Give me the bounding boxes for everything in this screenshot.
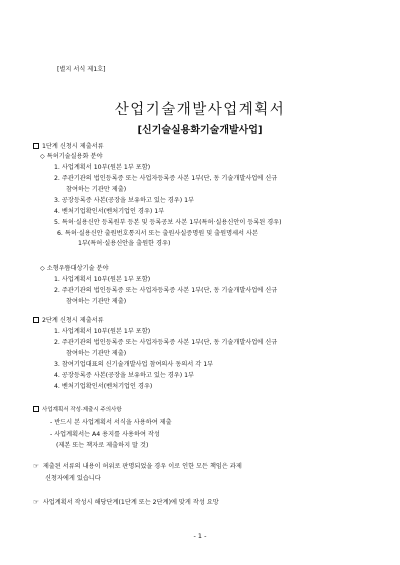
list-item: 1. 사업계획서 10부(원본 1부 포함): [54, 326, 150, 335]
page-number: - 1 -: [0, 532, 400, 540]
list-item: 참여하는 기관만 제출): [66, 184, 126, 193]
checkbox-square-icon: [33, 143, 39, 149]
pointing-hand-icon: ☞: [33, 462, 39, 470]
list-item: 3. 공장등록증 사본(공장을 보유하고 있는 경우) 1부: [54, 195, 194, 204]
stage2-heading: 2단계 신청시 제출서류: [33, 315, 104, 324]
list-item: 5. 특허·실용신안 등록원부 등본 및 등록공보 사본 1부(특허·실용신안이…: [54, 217, 282, 226]
checkbox-square-icon: [33, 406, 39, 412]
form-label: [별지 서식 제1호]: [57, 64, 106, 73]
list-item: 1. 사업계획서 10부(원본 1부 포함): [54, 274, 150, 283]
notes-heading: 사업계획서 작성·제출시 주의사항: [33, 405, 122, 413]
list-item: 6. 특허·실용신안 출원번호통지서 또는 출원사실증명원 및 출원명세서 사본: [57, 228, 258, 237]
diamond-bullet-icon: ◇: [40, 153, 47, 160]
warning-2: ☞사업계획서 작성시 해당단계(1단계 또는 2단계)에 맞게 작성 요망: [33, 497, 219, 506]
list-item: 1부(특허·실용신안을 출원한 경우): [78, 238, 170, 247]
warning-1-continued: 신청자에게 있습니다: [45, 473, 101, 482]
pointing-hand-icon: ☞: [33, 498, 39, 506]
list-item: (제본 또는 책자로 제출하지 말 것): [56, 440, 148, 449]
stage1-heading: 1단계 신청시 제출서류: [33, 141, 104, 150]
document-title: 산업기술개발사업계획서: [0, 98, 400, 119]
list-item: 3. 참여기업대표의 신기술개발사업 참여의사 동의서 각 1부: [54, 359, 213, 368]
list-item: 2. 주관기관의 법인등록증 또는 사업자등록증 사본 1부(단, 동 기술개발…: [54, 285, 277, 294]
warning-1: ☞제출된 서류의 내용이 허위로 판명되었을 경우 이로 인한 모든 책임은 과…: [33, 461, 242, 470]
checkbox-square-icon: [33, 317, 39, 323]
list-item: 4. 공장등록증 사본(공장을 보유하고 있는 경우) 1부: [54, 370, 194, 379]
list-item: - 사업계획서는 A4 용지를 사용하여 작성: [50, 429, 160, 438]
list-item: 4. 벤처기업확인서(벤처기업인 경우): [54, 381, 152, 390]
list-item: - 반드시 본 사업계획서 서식을 사용하여 제출: [50, 417, 172, 426]
document-subtitle: [신기술실용화기술개발사업]: [0, 121, 400, 136]
list-item: 2. 주관기관의 법인등록증 또는 사업자등록증 사본 1부(단, 동 기술개발…: [54, 337, 277, 346]
stage1-groupB-heading: ◇ 소형우뜸대상기술 분야: [40, 263, 108, 272]
list-item: 참여하는 기관만 제출): [66, 296, 126, 305]
list-item: 참여하는 기관만 제출): [66, 348, 126, 357]
diamond-bullet-icon: ◇: [40, 265, 47, 272]
list-item: 4. 벤처기업확인서(벤처기업인 경우) 1부: [54, 206, 164, 215]
list-item: 1. 사업계획서 10부(원본 1부 포함): [54, 162, 150, 171]
stage1-groupA-heading: ◇ 특허기술실용화 분야: [40, 151, 103, 160]
list-item: 2. 주관기관의 법인등록증 또는 사업자등록증 사본 1부(단, 동 기술개발…: [54, 173, 277, 182]
